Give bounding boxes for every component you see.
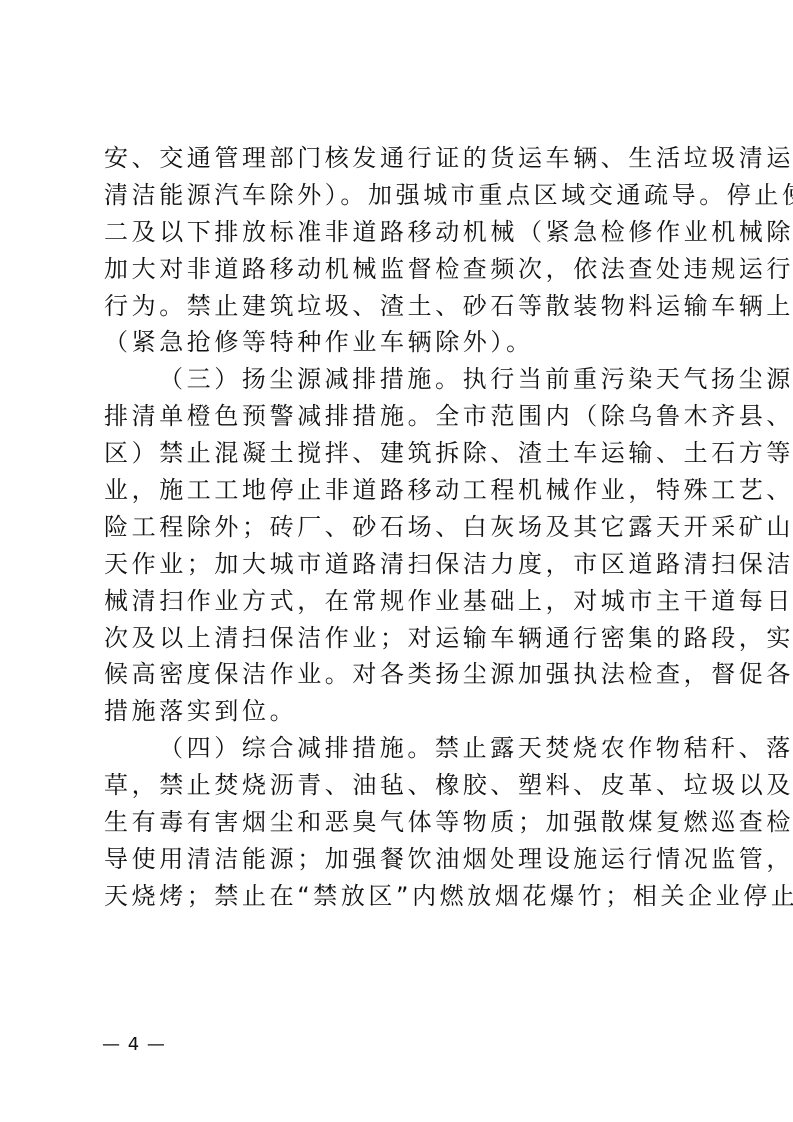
page-number: — 4 — xyxy=(102,1033,166,1057)
text-line: （紧急抢修等特种作业车辆除外）。 xyxy=(104,324,690,361)
text-line: 二及以下排放标准非道路移动机械（紧急检修作业机械除外）。 xyxy=(104,214,690,251)
text-line: 清洁能源汽车除外）。加强城市重点区域交通疏导。停止使用国 xyxy=(104,177,690,214)
text-line: 险工程除外；砖厂、砂石场、白灰场及其它露天开采矿山停止露 xyxy=(104,509,690,546)
text-line: 区）禁止混凝土搅拌、建筑拆除、渣土车运输、土石方等施工作 xyxy=(104,435,690,472)
document-page: 安、交通管理部门核发通行证的货运车辆、生活垃圾清运车辆及 清洁能源汽车除外）。加… xyxy=(0,0,793,1122)
text-line: 措施落实到位。 xyxy=(104,693,690,730)
paragraph-dust-source-measures: （三）扬尘源减排措施。执行当前重污染天气扬尘源应急减 排清单橙色预警减排措施。全… xyxy=(104,361,690,730)
text-line: 导使用清洁能源；加强餐饮油烟处理设施运行情况监管，禁止露 xyxy=(104,841,690,878)
text-line: 天作业；加大城市道路清扫保洁力度，市区道路清扫保洁使用机 xyxy=(104,546,690,583)
text-line: 排清单橙色预警减排措施。全市范围内（除乌鲁木齐县、达坂城 xyxy=(104,398,690,435)
text-line: 械清扫作业方式，在常规作业基础上，对城市主干道每日增加 1 xyxy=(104,583,690,620)
text-line: 生有毒有害烟尘和恶臭气体等物质；加强散煤复燃巡查检查，引 xyxy=(104,804,690,841)
body-text: 安、交通管理部门核发通行证的货运车辆、生活垃圾清运车辆及 清洁能源汽车除外）。加… xyxy=(104,140,690,915)
text-line: 候高密度保洁作业。对各类扬尘源加强执法检查，督促各项控尘 xyxy=(104,656,690,693)
text-line: 安、交通管理部门核发通行证的货运车辆、生活垃圾清运车辆及 xyxy=(104,140,690,177)
text-line: 行为。禁止建筑垃圾、渣土、砂石等散装物料运输车辆上路行驶 xyxy=(104,288,690,325)
text-line: （四）综合减排措施。禁止露天焚烧农作物秸秆、落叶、杂 xyxy=(104,730,690,767)
text-line: 业，施工工地停止非道路移动工程机械作业，特殊工艺、应急抢 xyxy=(104,472,690,509)
paragraph-comprehensive-measures: （四）综合减排措施。禁止露天焚烧农作物秸秆、落叶、杂 草，禁止焚烧沥青、油毡、橡… xyxy=(104,730,690,914)
text-line: 天烧烤；禁止在“禁放区”内燃放烟花爆竹；相关企业停止室外 xyxy=(104,878,690,915)
paragraph-vehicle-restrictions: 安、交通管理部门核发通行证的货运车辆、生活垃圾清运车辆及 清洁能源汽车除外）。加… xyxy=(104,140,690,361)
text-line: （三）扬尘源减排措施。执行当前重污染天气扬尘源应急减 xyxy=(104,361,690,398)
text-line: 次及以上清扫保洁作业；对运输车辆通行密集的路段，实施全天 xyxy=(104,620,690,657)
text-line: 草，禁止焚烧沥青、油毡、橡胶、塑料、皮革、垃圾以及其他产 xyxy=(104,767,690,804)
text-line: 加大对非道路移动机械监督检查频次，依法查处违规运行等违法 xyxy=(104,251,690,288)
